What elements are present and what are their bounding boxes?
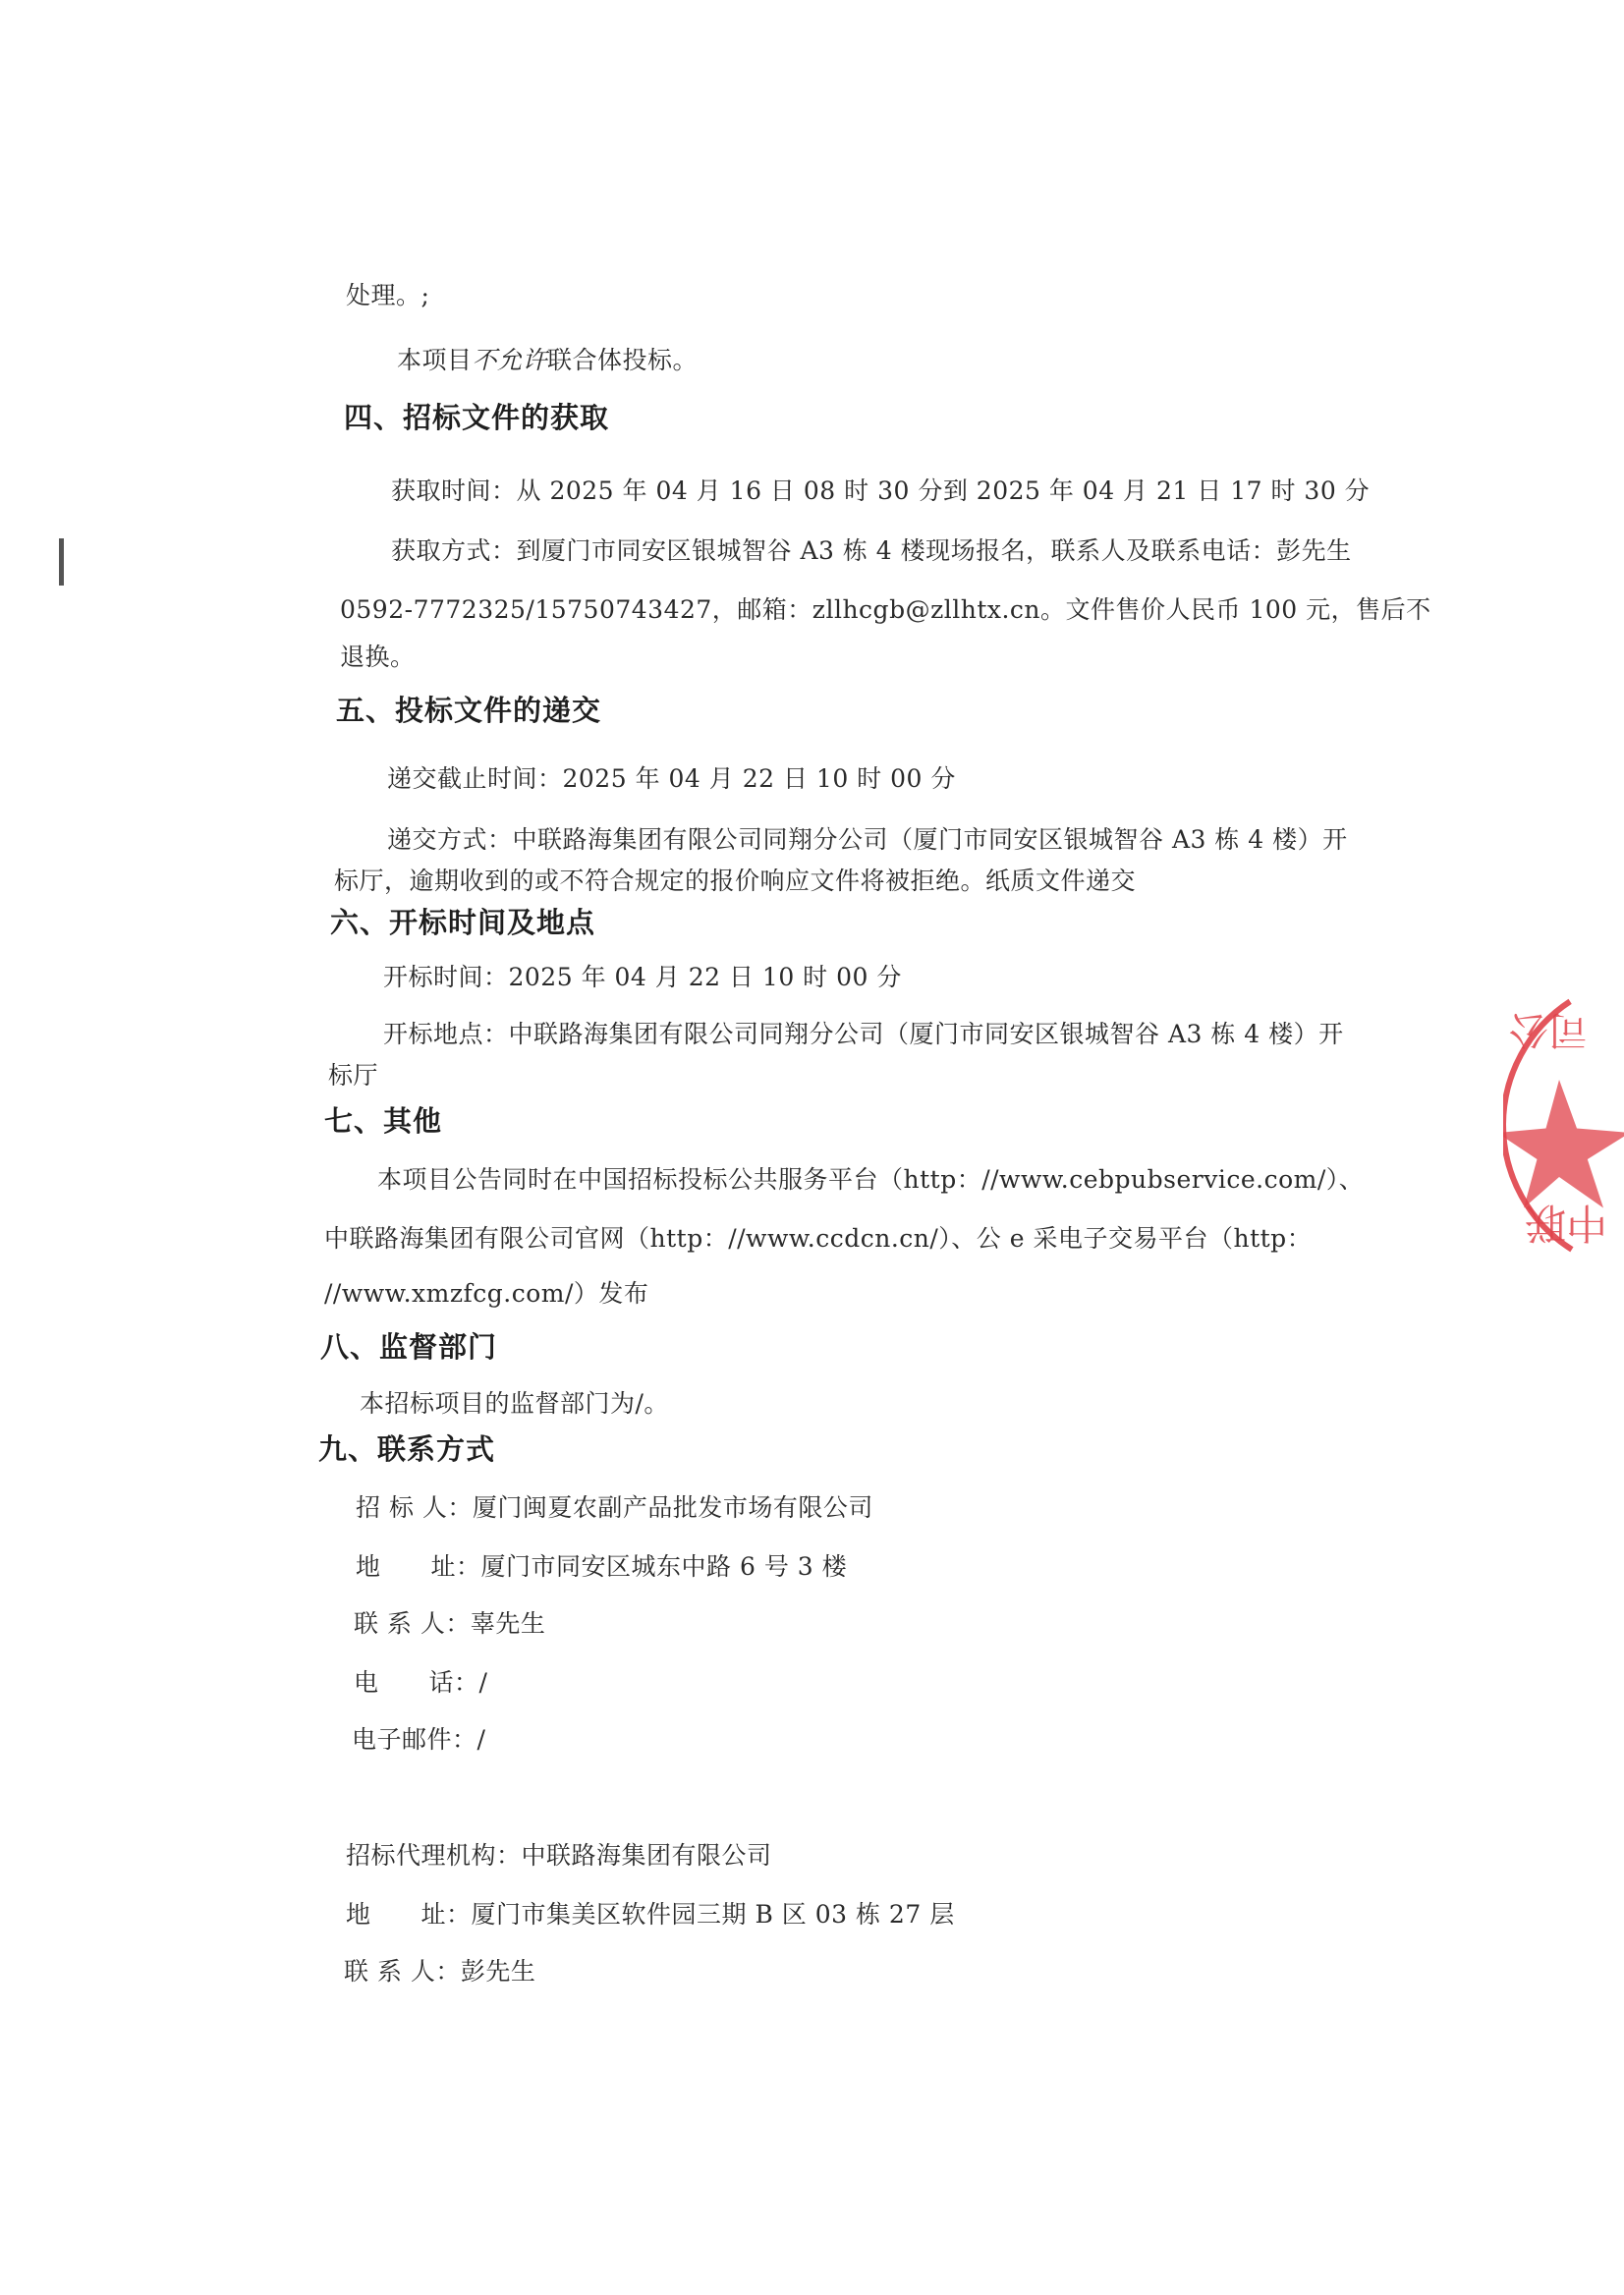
tenderer-email-row: 电子邮件：/ — [352, 1723, 485, 1757]
section-5-method-2: 标厅，逾期收到的或不符合规定的报价响应文件将被拒绝。纸质文件递交 — [334, 865, 1136, 898]
svg-text:司公: 司公 — [1509, 1007, 1588, 1052]
section-9-heading: 九、联系方式 — [318, 1432, 495, 1466]
section-7-line-3: //www.xmzfcg.com/）发布 — [324, 1277, 648, 1311]
section-8-heading: 八、监督部门 — [320, 1330, 497, 1364]
tenderer-contact-row: 联 系 人：辜先生 — [354, 1607, 545, 1641]
tenderer-email-label: 电子邮件： — [352, 1725, 477, 1754]
section-5-method-1: 递交方式：中联路海集团有限公司同翔分公司（厦门市同安区银城智谷 A3 栋 4 楼… — [387, 823, 1348, 857]
section-5-heading: 五、投标文件的递交 — [336, 694, 601, 727]
agency-address-row: 地 址：厦门市集美区软件园三期 B 区 03 栋 27 层 — [346, 1898, 955, 1931]
svg-text:中联: 中联 — [1525, 1199, 1607, 1247]
tenderer-phone-label: 电 话： — [354, 1668, 479, 1697]
tenderer-address-row: 地 址：厦门市同安区城东中路 6 号 3 楼 — [356, 1550, 847, 1584]
tenderer-name-row: 招 标 人：厦门闽夏农副产品批发市场有限公司 — [356, 1491, 873, 1525]
section-6-heading: 六、开标时间及地点 — [330, 906, 595, 939]
tenderer-phone-row: 电 话：/ — [354, 1666, 487, 1700]
section-7-line-1: 本项目公告同时在中国招标投标公共服务平台（http：//www.cebpubse… — [377, 1163, 1364, 1197]
tenderer-address: 厦门市同安区城东中路 6 号 3 楼 — [481, 1552, 848, 1581]
section-5-deadline: 递交截止时间：2025 年 04 月 22 日 10 时 00 分 — [387, 762, 956, 796]
section-6-time: 开标时间：2025 年 04 月 22 日 10 时 00 分 — [383, 961, 902, 994]
tenderer-name-label: 招 标 人： — [356, 1493, 473, 1522]
consortium-note: 本项目不允许联合体投标。 — [397, 344, 698, 377]
scan-mark — [59, 538, 64, 586]
tenderer-phone: / — [479, 1668, 488, 1697]
agency-contact: 彭先生 — [461, 1957, 536, 1986]
consortium-prefix: 本项目 — [397, 346, 473, 374]
section-4-method-2: 0592-7772325/15750743427，邮箱：zllhcgb@zllh… — [340, 593, 1431, 627]
tenderer-address-label: 地 址： — [356, 1552, 481, 1581]
section-7-line-2: 中联路海集团有限公司官网（http：//www.ccdcn.cn/）、公 e 采… — [324, 1222, 1312, 1256]
section-6-place-1: 开标地点：中联路海集团有限公司同翔分公司（厦门市同安区银城智谷 A3 栋 4 楼… — [383, 1018, 1344, 1051]
agency-address-label: 地 址： — [346, 1900, 472, 1929]
agency-contact-label: 联 系 人： — [344, 1957, 461, 1986]
section-4-heading: 四、招标文件的获取 — [344, 401, 609, 434]
continued-text: 处理。; — [346, 279, 429, 312]
agency-name: 中联路海集团有限公司 — [522, 1841, 772, 1870]
agency-name-row: 招标代理机构：中联路海集团有限公司 — [346, 1839, 772, 1873]
section-4-method-3: 退换。 — [340, 641, 416, 674]
agency-contact-row: 联 系 人：彭先生 — [344, 1955, 535, 1988]
tenderer-contact-label: 联 系 人： — [354, 1609, 471, 1638]
tenderer-email: / — [477, 1725, 486, 1754]
consortium-suffix: 联合体投标。 — [547, 346, 698, 374]
section-7-heading: 七、其他 — [324, 1104, 442, 1138]
section-4-method-1: 获取方式：到厦门市同安区银城智谷 A3 栋 4 楼现场报名，联系人及联系电话：彭… — [391, 534, 1352, 568]
consortium-italic: 不允许 — [473, 346, 548, 374]
agency-address: 厦门市集美区软件园三期 B 区 03 栋 27 层 — [472, 1900, 955, 1929]
agency-name-label: 招标代理机构： — [346, 1841, 522, 1870]
official-seal-icon: 司公 中联 — [1503, 963, 1624, 1287]
tenderer-name: 厦门闽夏农副产品批发市场有限公司 — [473, 1493, 873, 1522]
section-6-place-2: 标厅 — [328, 1059, 378, 1092]
section-4-time: 获取时间：从 2025 年 04 月 16 日 08 时 30 分到 2025 … — [391, 475, 1370, 508]
tenderer-contact: 辜先生 — [471, 1609, 546, 1638]
section-8-text: 本招标项目的监督部门为/。 — [360, 1387, 669, 1421]
